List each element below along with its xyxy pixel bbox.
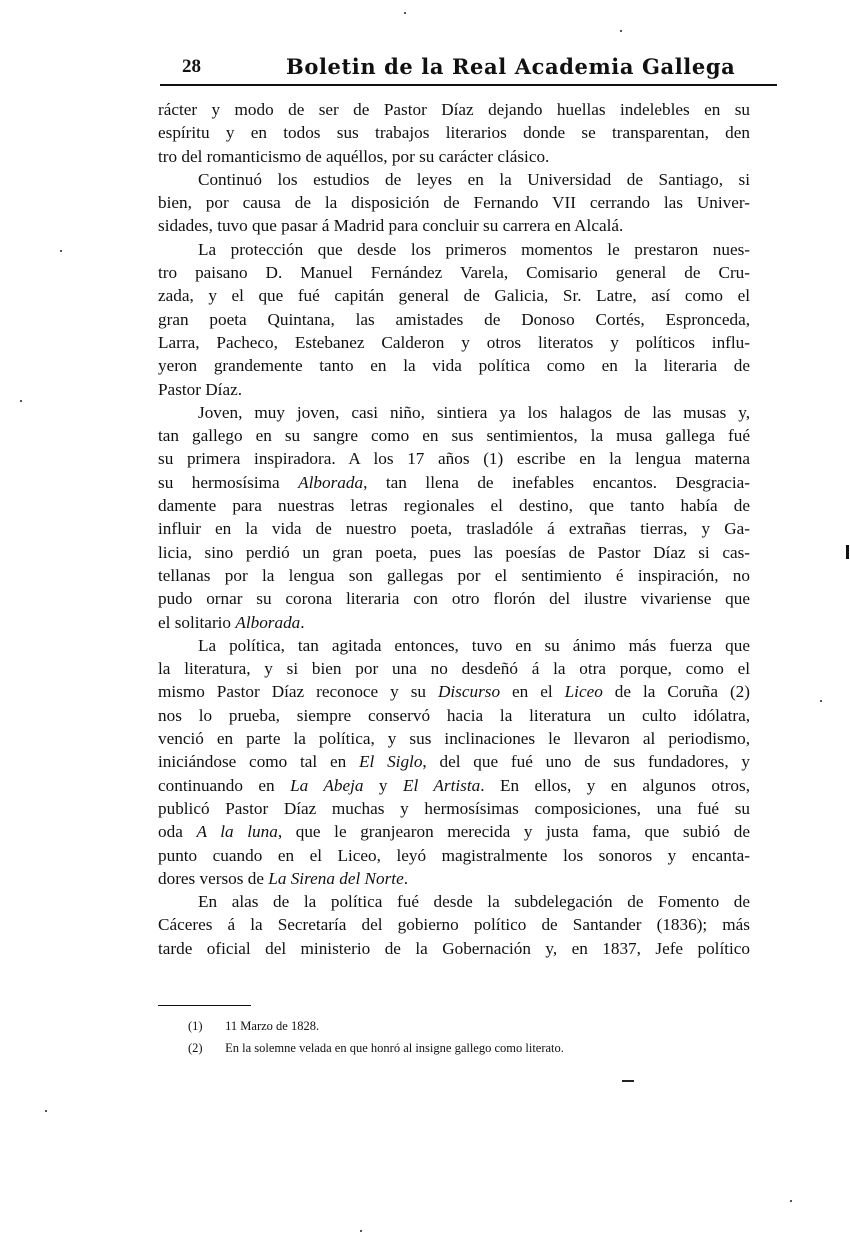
text-line: tro paisano D. Manuel Fernández Varela, … <box>158 261 750 284</box>
body-text: rácter y modo de ser de Pastor Díaz deja… <box>158 98 750 960</box>
italic-title: A la luna <box>196 822 277 841</box>
text-segment: . En ellos, y en algunos otros, <box>480 776 750 795</box>
italic-title: Liceo <box>565 682 603 701</box>
page-number: 28 <box>182 56 201 78</box>
scan-speck <box>360 1230 362 1232</box>
text-segment: . <box>300 613 304 632</box>
footnote-1: (1) 11 Marzo de 1828. <box>188 1015 564 1037</box>
text-segment: dores versos de <box>158 869 268 888</box>
scan-speck <box>20 400 22 402</box>
text-line: bien, por causa de la disposición de Fer… <box>158 191 750 214</box>
text-line: su hermosísima Alborada, tan llena de in… <box>158 471 750 494</box>
italic-title: La Abeja <box>290 776 363 795</box>
text-line: gran poeta Quintana, las amistades de Do… <box>158 308 750 331</box>
italic-title: Alborada <box>298 473 363 492</box>
text-line: La protección que desde los primeros mom… <box>158 238 750 261</box>
text-line: su primera inspiradora. A los 17 años (1… <box>158 447 750 470</box>
text-line: venció en parte la política, y sus incli… <box>158 727 750 750</box>
text-line: oda A la luna, que le granjearon merecid… <box>158 820 750 843</box>
text-segment: y <box>363 776 403 795</box>
text-line: Pastor Díaz. <box>158 378 750 401</box>
text-line: yeron grandemente tanto en la vida polít… <box>158 354 750 377</box>
text-line: En alas de la política fué desde la subd… <box>158 890 750 913</box>
text-segment: iniciándose como tal en <box>158 752 359 771</box>
italic-title: Alborada <box>235 613 300 632</box>
footnote-2: (2) En la solemne velada en que honró al… <box>188 1037 564 1059</box>
footnote-text: 11 Marzo de 1828. <box>225 1019 319 1033</box>
text-segment: , tan llena de inefables encantos. Desgr… <box>363 473 750 492</box>
text-line: sidades, tuvo que pasar á Madrid para co… <box>158 214 750 237</box>
header-rule <box>160 84 777 86</box>
text-segment: de la Coruña (2) <box>603 682 750 701</box>
text-line: tro del romanticismo de aquéllos, por su… <box>158 145 750 168</box>
text-line: licia, sino perdió un gran poeta, pues l… <box>158 541 750 564</box>
italic-title: El Artista <box>403 776 480 795</box>
text-line: Continuó los estudios de leyes en la Uni… <box>158 168 750 191</box>
text-line: damente para nuestras letras regionales … <box>158 494 750 517</box>
text-segment: . <box>404 869 408 888</box>
text-line: espíritu y en todos sus trabajos literar… <box>158 121 750 144</box>
text-line: pudo ornar su corona literaria con otro … <box>158 587 750 610</box>
text-line: La política, tan agitada entonces, tuvo … <box>158 634 750 657</box>
scan-speck <box>45 1110 47 1112</box>
scan-speck <box>790 1200 792 1202</box>
text-line: rácter y modo de ser de Pastor Díaz deja… <box>158 98 750 121</box>
text-line: Larra, Pacheco, Estebanez Calderon y otr… <box>158 331 750 354</box>
italic-title: La Sirena del Norte <box>268 869 403 888</box>
text-line: mismo Pastor Díaz reconoce y su Discurso… <box>158 680 750 703</box>
text-line: tan gallego en su sangre como en sus sen… <box>158 424 750 447</box>
scan-speck <box>404 12 406 14</box>
scan-edge-mark <box>846 545 849 559</box>
text-segment: oda <box>158 822 196 841</box>
text-line: Cáceres á la Secretaría del gobierno pol… <box>158 913 750 936</box>
italic-title: El Siglo <box>359 752 422 771</box>
text-segment: , que le granjearon merecida y justa fam… <box>278 822 750 841</box>
text-line: influir en la vida de nuestro poeta, tra… <box>158 517 750 540</box>
text-segment: continuando en <box>158 776 290 795</box>
text-line: Joven, muy joven, casi niño, sintiera ya… <box>158 401 750 424</box>
text-segment: , del que fué uno de sus fundadores, y <box>422 752 750 771</box>
text-line: punto cuando en el Liceo, leyó magistral… <box>158 844 750 867</box>
text-line: zada, y el que fué capitán general de Ga… <box>158 284 750 307</box>
text-segment: mismo Pastor Díaz reconoce y su <box>158 682 438 701</box>
footnotes: (1) 11 Marzo de 1828. (2) En la solemne … <box>188 1015 564 1059</box>
scan-speck <box>620 30 622 32</box>
footnote-rule <box>158 1005 251 1006</box>
text-segment: su hermosísima <box>158 473 298 492</box>
text-line: dores versos de La Sirena del Norte. <box>158 867 750 890</box>
scan-speck <box>820 700 822 702</box>
document-page: 28 Boletin de la Real Academia Gallega r… <box>0 0 850 1242</box>
text-line: el solitario Alborada. <box>158 611 750 634</box>
text-line: tellanas por la lengua son gallegas por … <box>158 564 750 587</box>
footnote-text: En la solemne velada en que honró al ins… <box>225 1041 564 1055</box>
text-line: continuando en La Abeja y El Artista. En… <box>158 774 750 797</box>
footnote-mark: (1) <box>188 1015 222 1037</box>
text-line: nos lo prueba, siempre conservó hacia la… <box>158 704 750 727</box>
text-line: publicó Pastor Díaz muchas y hermosísima… <box>158 797 750 820</box>
scan-speck <box>622 1080 634 1082</box>
footnote-mark: (2) <box>188 1037 222 1059</box>
running-title: Boletin de la Real Academia Gallega <box>286 54 735 79</box>
page-header: 28 Boletin de la Real Academia Gallega <box>160 52 777 86</box>
scan-speck <box>60 250 62 252</box>
text-line: iniciándose como tal en El Siglo, del qu… <box>158 750 750 773</box>
text-line: la literatura, y si bien por una no desd… <box>158 657 750 680</box>
text-line: tarde oficial del ministerio de la Gober… <box>158 937 750 960</box>
text-segment: el solitario <box>158 613 235 632</box>
text-segment: en el <box>500 682 565 701</box>
italic-title: Discurso <box>438 682 500 701</box>
